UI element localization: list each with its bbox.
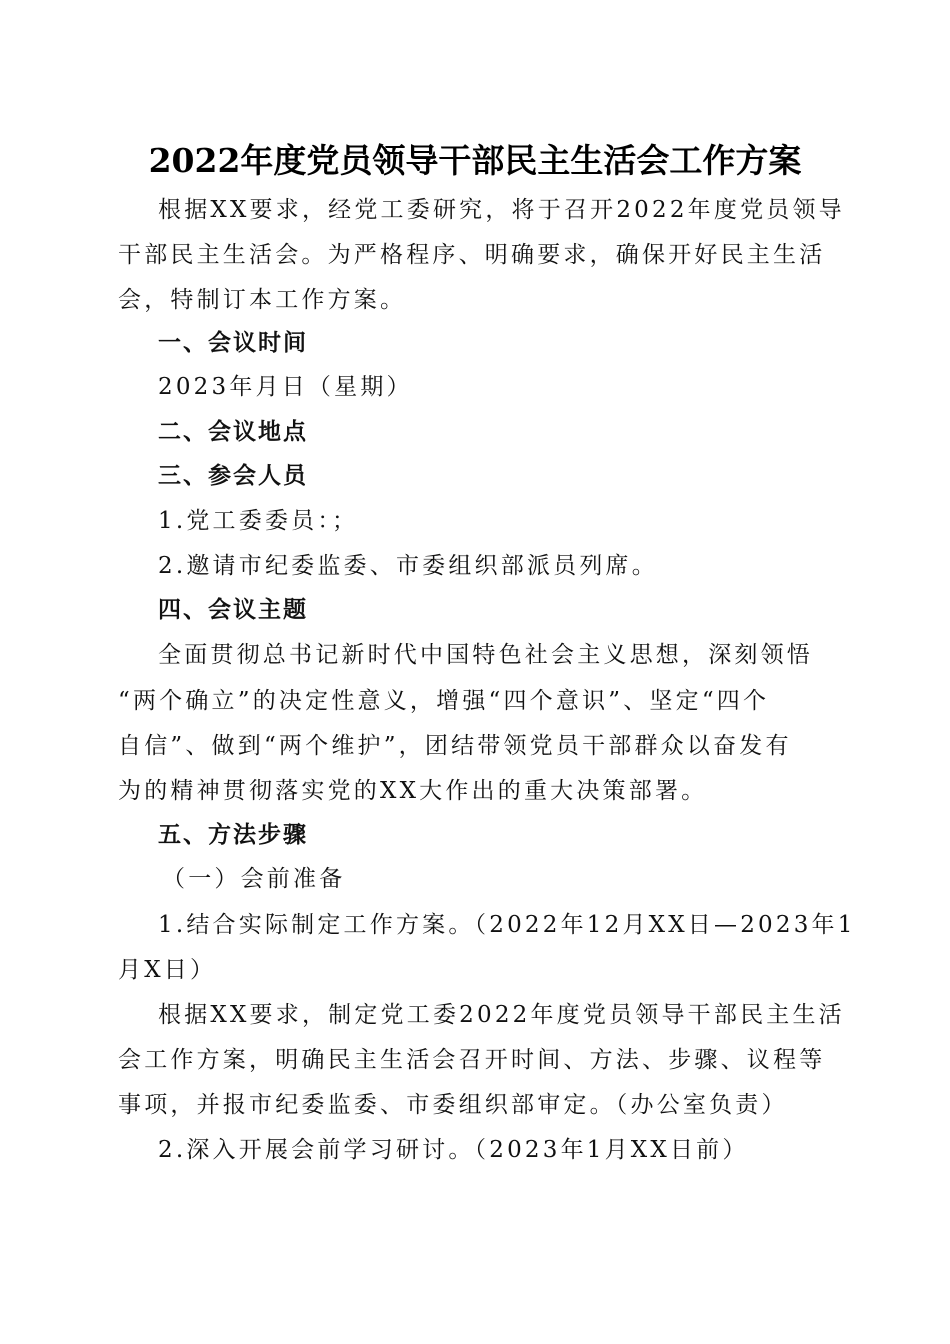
step2-line: 2.深入开展会前学习研讨。（2023年1月XX日前）	[158, 1133, 868, 1167]
document-page: 2022年度党员领导干部民主生活会工作方案 根据XX要求，经党工委研究，将于召开…	[0, 0, 950, 1344]
intro-line-2: 干部民主生活会。为严格程序、明确要求，确保开好民主生活	[118, 238, 828, 272]
theme-line-3: 自信”、做到“两个维护”，团结带领党员干部群众以奋发有	[118, 729, 828, 763]
document-title: 2022年度党员领导干部民主生活会工作方案	[0, 138, 950, 184]
step1-body-line-2: 会工作方案，明确民主生活会召开时间、方法、步骤、议程等	[118, 1043, 828, 1077]
section-heading-location: 二、会议地点	[158, 415, 868, 449]
subsection-heading-preparation: （一）会前准备	[162, 862, 872, 896]
step1-body-line-3: 事项，并报市纪委监委、市委组织部审定。（办公室负责）	[118, 1088, 828, 1122]
section-heading-theme: 四、会议主题	[158, 593, 868, 627]
attendee-item-2: 2.邀请市纪委监委、市委组织部派员列席。	[158, 549, 868, 583]
attendee-item-1: 1.党工委委员：；	[158, 504, 868, 538]
theme-line-4: 为的精神贯彻落实党的XX大作出的重大决策部署。	[118, 774, 828, 808]
section-heading-attendees: 三、参会人员	[158, 459, 868, 493]
intro-line-1: 根据XX要求，经党工委研究，将于召开2022年度党员领导	[158, 193, 868, 227]
meeting-time-text: 2023年月日（星期）	[158, 370, 868, 404]
intro-line-3: 会，特制订本工作方案。	[118, 283, 828, 317]
theme-line-2: “两个确立”的决定性意义，增强“四个意识”、坚定“四个	[118, 684, 828, 718]
section-heading-methods: 五、方法步骤	[158, 818, 868, 852]
theme-line-1: 全面贯彻总书记新时代中国特色社会主义思想，深刻领悟	[158, 638, 868, 672]
section-heading-time: 一、会议时间	[158, 326, 868, 360]
step1-line-2: 月X日）	[118, 953, 828, 987]
step1-body-line-1: 根据XX要求，制定党工委2022年度党员领导干部民主生活	[158, 998, 868, 1032]
step1-line-1: 1.结合实际制定工作方案。（2022年12月XX日—2023年1	[158, 908, 868, 942]
